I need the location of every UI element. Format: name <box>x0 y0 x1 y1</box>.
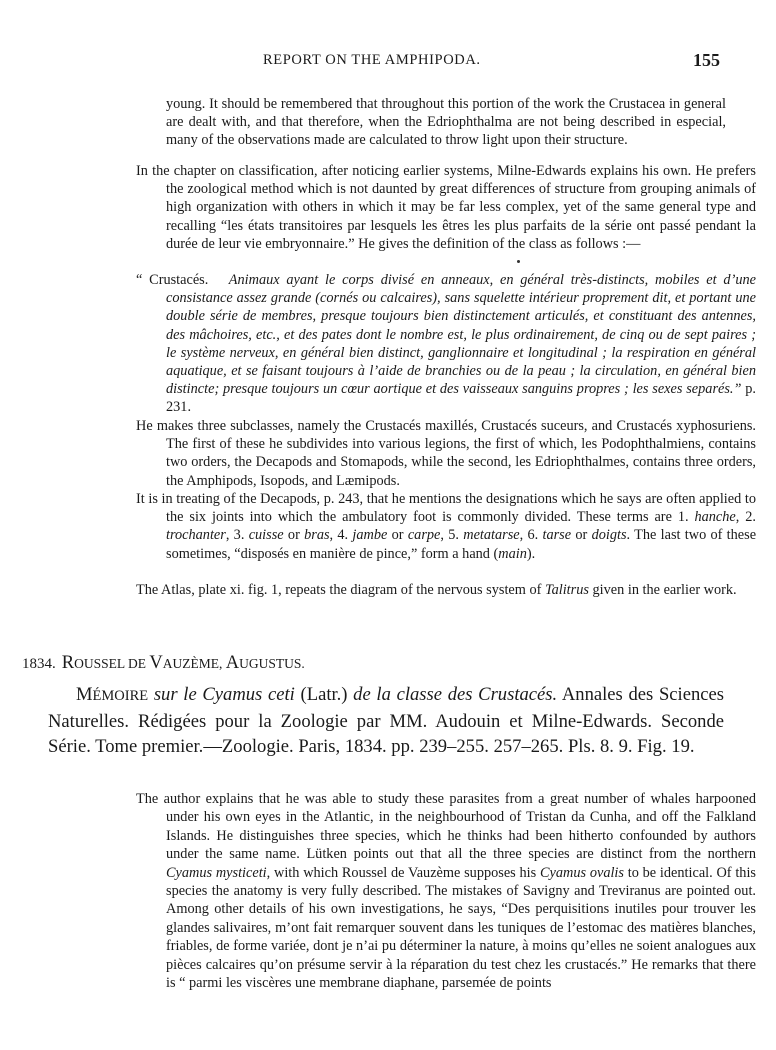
author-initial: A <box>226 653 239 673</box>
title-smallcaps: ÉMOIRE <box>93 688 149 704</box>
text: The Atlas, plate xi. fig. 1, repeats the… <box>136 582 545 598</box>
paragraph-young: young. It should be remembered that thro… <box>166 95 726 150</box>
paragraph-summary: The author explains that he was able to … <box>136 790 756 992</box>
paragraph-atlas: The Atlas, plate xi. fig. 1, repeats the… <box>136 581 756 599</box>
term: metatarse <box>463 527 519 543</box>
text: or <box>284 527 304 543</box>
authority: (Latr.) <box>301 684 348 705</box>
author-smallcaps: AUZÈME, <box>163 656 226 671</box>
running-header: REPORT ON THE AMPHIPODA. 155 <box>0 52 776 72</box>
text: , 4. <box>330 527 353 543</box>
text: , with which Roussel de Vauzème supposes… <box>267 865 540 881</box>
text: , 6. <box>520 527 543 543</box>
species-name: Cyamus mysticeti <box>166 865 267 881</box>
term: tarse <box>543 527 572 543</box>
quoted-definition: Animaux ayant le corps divisé en anneaux… <box>166 272 756 397</box>
text: , 5. <box>440 527 463 543</box>
print-speck <box>517 260 520 263</box>
running-title: REPORT ON THE AMPHIPODA. <box>263 52 481 69</box>
title-italic: sur le Cyamus ceti <box>148 684 300 705</box>
text: ). <box>527 546 535 562</box>
term: doigts <box>592 527 627 543</box>
text: , 2. <box>736 509 756 525</box>
paragraph-decapods: It is in treating of the Decapods, p. 24… <box>136 490 756 563</box>
term: hanche <box>694 509 735 525</box>
bibliography-entry-heading: 1834.ROUSSEL DE VAUZÈME, AUGUSTUS. <box>22 653 305 674</box>
paragraph-subclasses: He makes three subclasses, namely the Cr… <box>136 417 756 490</box>
entry-year: 1834. <box>22 656 56 672</box>
document-page: REPORT ON THE AMPHIPODA. 155 young. It s… <box>0 0 776 1050</box>
term: main <box>498 546 527 562</box>
genus-name: Talitrus <box>545 582 589 598</box>
species-name: Cyamus ovalis <box>540 865 624 881</box>
text: or <box>571 527 591 543</box>
author-initial: V <box>149 653 162 673</box>
bibliographic-citation: MÉMOIRE sur le Cyamus ceti (Latr.) de la… <box>48 682 724 759</box>
term: trochanter <box>166 527 226 543</box>
title-initial: M <box>76 684 93 705</box>
quote-lead: “ Crustacés. <box>136 272 208 288</box>
paragraph-classification: In the chapter on classification, after … <box>136 162 756 253</box>
text: The author explains that he was able to … <box>136 791 756 862</box>
term: cuisse <box>249 527 284 543</box>
paragraph-crustaces-definition: “ Crustacés. Animaux ayant le corps divi… <box>136 271 756 417</box>
author-smallcaps: UGUSTUS. <box>239 656 305 671</box>
text: to be identical. Of this species the ana… <box>166 865 756 991</box>
author-smallcaps: OUSSEL DE <box>74 656 149 671</box>
text: , 3. <box>226 527 249 543</box>
text: or <box>387 527 407 543</box>
title-italic: de la classe des Crustacés. <box>348 684 558 705</box>
page-number: 155 <box>693 50 720 71</box>
author-initial: R <box>62 653 74 673</box>
term: jambe <box>352 527 387 543</box>
term: carpe <box>408 527 441 543</box>
text: It is in treating of the Decapods, p. 24… <box>136 491 756 525</box>
text: given in the earlier work. <box>589 582 737 598</box>
term: bras <box>304 527 329 543</box>
